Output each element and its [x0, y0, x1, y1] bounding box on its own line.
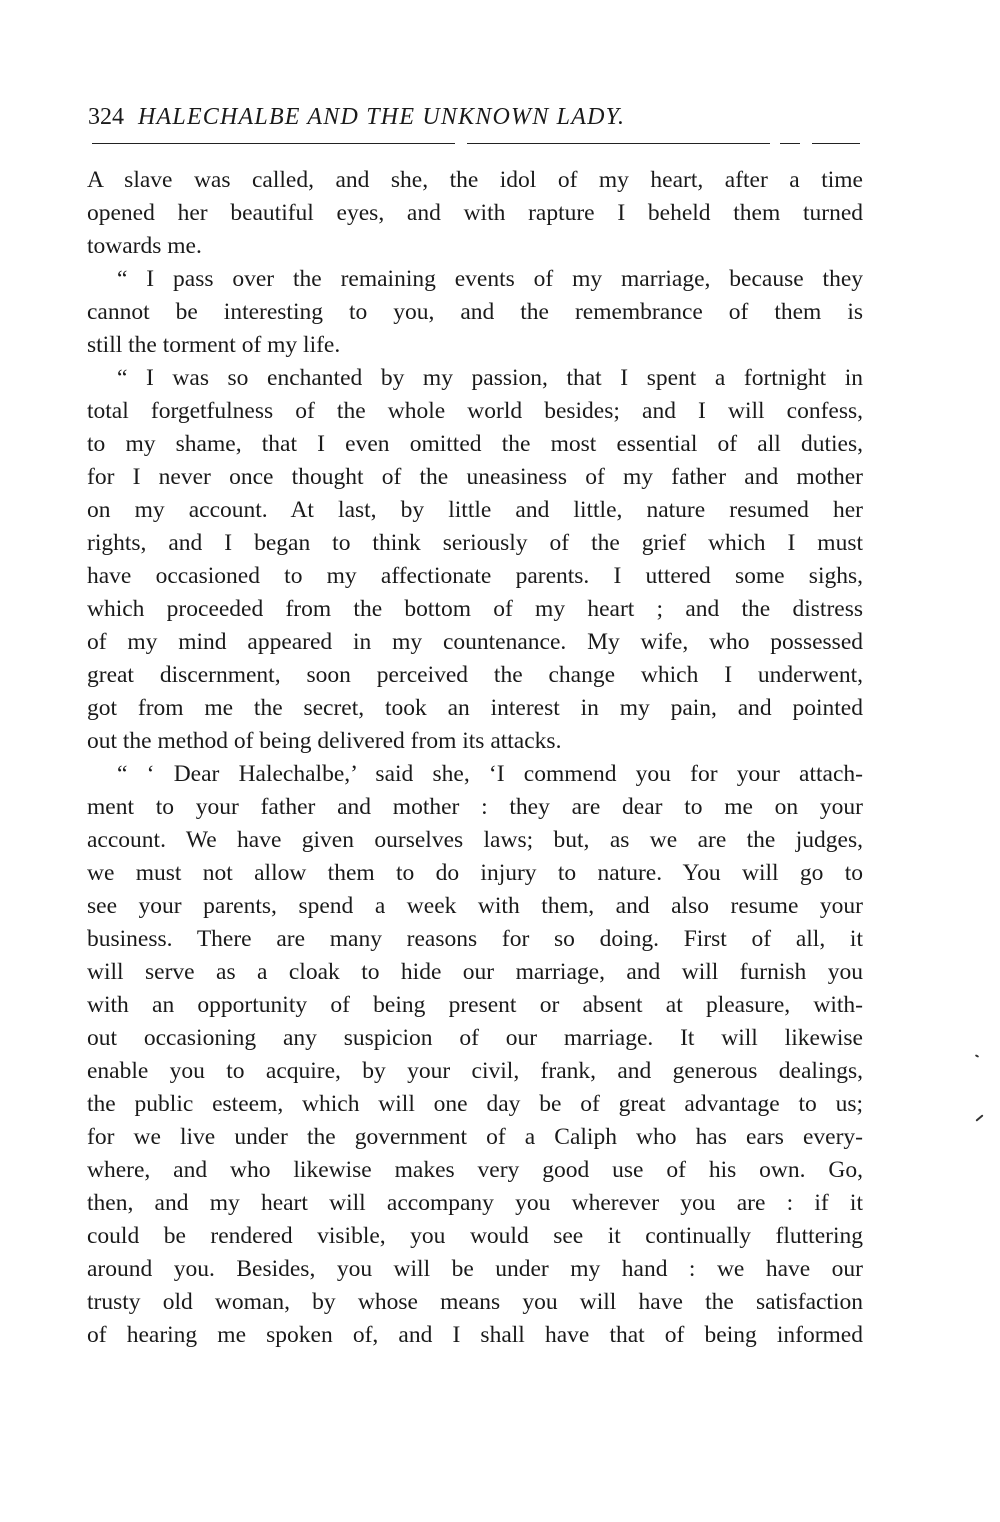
running-title: HALECHALBE AND THE UNKNOWN LADY. [138, 104, 625, 130]
text-line: which proceeded from the bottom of my he… [87, 593, 863, 626]
running-head: 324HALECHALBE AND THE UNKNOWN LADY. [88, 102, 868, 132]
text-line: could be rendered visible, you would see… [87, 1220, 863, 1253]
text-line: the public esteem, which will one day be… [87, 1088, 863, 1121]
text-line: on my account. At last, by little and li… [87, 494, 863, 527]
header-rule [92, 143, 860, 144]
text-line: total forgetfulness of the whole world b… [87, 395, 863, 428]
text-line: enable you to acquire, by your civil, fr… [87, 1055, 863, 1088]
text-line: then, and my heart will accompany you wh… [87, 1187, 863, 1220]
text-line: still the torment of my life. [87, 329, 863, 362]
text-line: to my shame, that I even omitted the mos… [87, 428, 863, 461]
scan-speck [975, 1114, 983, 1121]
text-line: account. We have given ourselves laws; b… [87, 824, 863, 857]
text-line: A slave was called, and she, the idol of… [87, 164, 863, 197]
body-text: A slave was called, and she, the idol of… [87, 164, 863, 1352]
text-line: great discernment, soon perceived the ch… [87, 659, 863, 692]
text-line: ment to your father and mother : they ar… [87, 791, 863, 824]
text-line: around you. Besides, you will be under m… [87, 1253, 863, 1286]
text-line: will serve as a cloak to hide our marria… [87, 956, 863, 989]
rule-gap [455, 141, 467, 146]
text-line: “ I pass over the remaining events of my… [87, 263, 863, 296]
text-line: of hearing me spoken of, and I shall hav… [87, 1319, 863, 1352]
text-line: “ I was so enchanted by my passion, that… [87, 362, 863, 395]
text-line: for I never once thought of the uneasine… [87, 461, 863, 494]
text-line: with an opportunity of being present or … [87, 989, 863, 1022]
page-number: 324 [88, 104, 124, 130]
text-line: where, and who likewise makes very good … [87, 1154, 863, 1187]
text-line: “ ‘ Dear Halechalbe,’ said she, ‘I comme… [87, 758, 863, 791]
text-line: out occasioning any suspicion of our mar… [87, 1022, 863, 1055]
text-line: have occasioned to my affectionate paren… [87, 560, 863, 593]
paragraph: “ I was so enchanted by my passion, that… [87, 362, 863, 758]
text-line: cannot be interesting to you, and the re… [87, 296, 863, 329]
rule-gap [800, 141, 812, 146]
paragraph: “ I pass over the remaining events of my… [87, 263, 863, 362]
book-page: 324HALECHALBE AND THE UNKNOWN LADY. A sl… [0, 0, 1000, 1522]
text-line: towards me. [87, 230, 863, 263]
text-line: business. There are many reasons for so … [87, 923, 863, 956]
text-line: got from me the secret, took an interest… [87, 692, 863, 725]
text-line: opened her beautiful eyes, and with rapt… [87, 197, 863, 230]
rule-gap [770, 141, 780, 146]
paragraph: “ ‘ Dear Halechalbe,’ said she, ‘I comme… [87, 758, 863, 1352]
text-line: for we live under the government of a Ca… [87, 1121, 863, 1154]
text-line: out the method of being delivered from i… [87, 725, 863, 758]
text-line: rights, and I began to think seriously o… [87, 527, 863, 560]
text-line: trusty old woman, by whose means you wil… [87, 1286, 863, 1319]
scan-speck [975, 1054, 979, 1058]
text-line: see your parents, spend a week with them… [87, 890, 863, 923]
text-line: of my mind appeared in my countenance. M… [87, 626, 863, 659]
text-line: we must not allow them to do injury to n… [87, 857, 863, 890]
paragraph: A slave was called, and she, the idol of… [87, 164, 863, 263]
